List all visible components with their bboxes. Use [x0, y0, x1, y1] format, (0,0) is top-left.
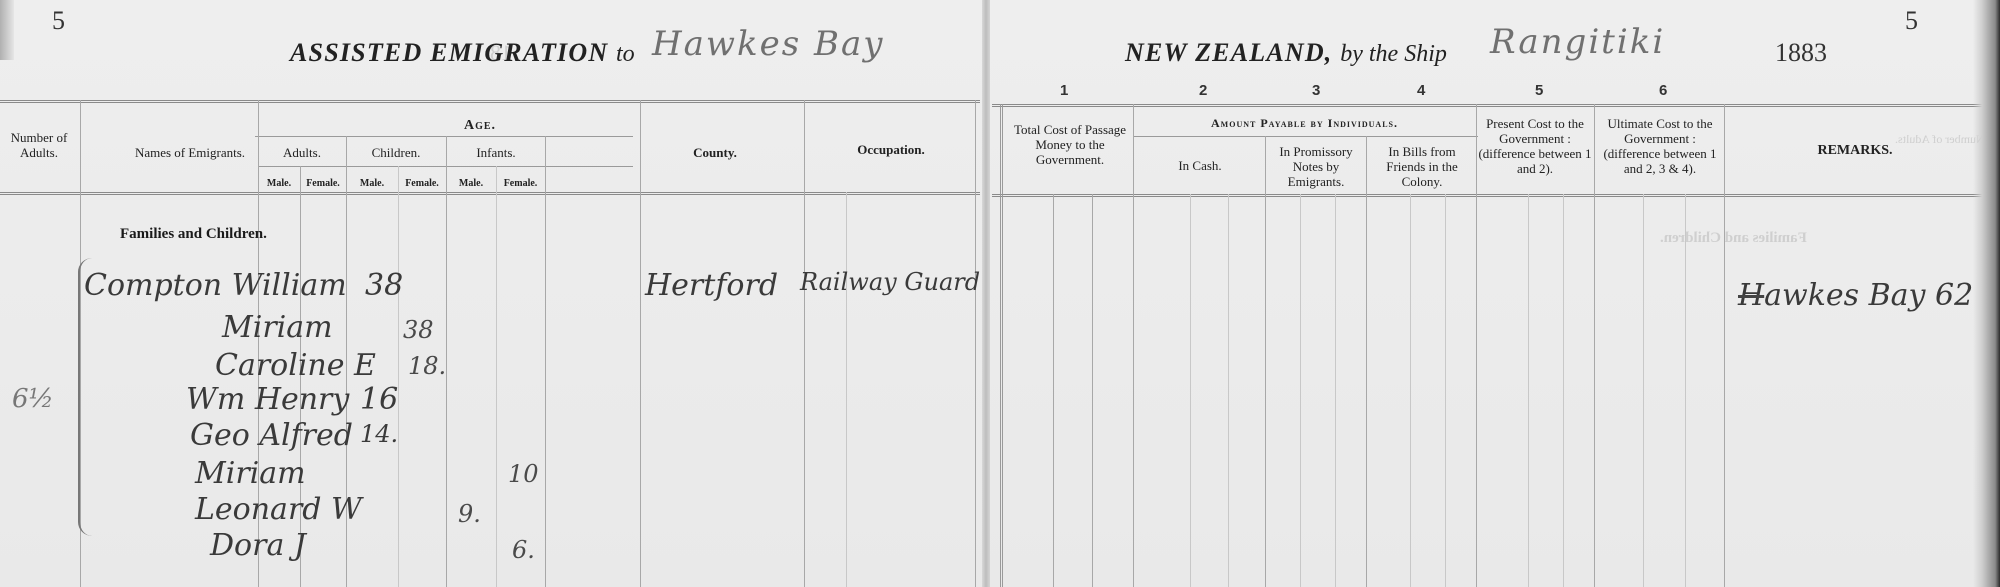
column-rule: [496, 166, 497, 587]
left-page-title: ASSISTED EMIGRATION to: [290, 38, 635, 68]
column-rule: [398, 166, 399, 587]
header-adults-male: Male.: [258, 176, 300, 191]
column-rule: [1594, 104, 1595, 587]
column-rule: [1335, 194, 1336, 587]
amount-payable-rule: [1133, 136, 1478, 137]
column-rule: [1445, 194, 1446, 587]
county-value: Hertford: [645, 268, 778, 303]
emigrant-age: 38: [365, 268, 403, 303]
emigrant-age: 9.: [458, 500, 481, 528]
table-top-rule: [992, 104, 1992, 107]
header-amount-payable: Amount Payable by Individuals.: [1133, 116, 1476, 131]
header-bills-from-friends: In Bills from Friends in the Colony.: [1370, 144, 1474, 189]
destination-handwritten: Hawkes Bay: [652, 24, 884, 64]
header-age: Age.: [440, 118, 520, 133]
title-new-zealand: NEW ZEALAND,: [1125, 38, 1333, 67]
column-rule: [1410, 194, 1411, 587]
emigrant-age: 6.: [512, 536, 535, 564]
emigrant-name: Miriam: [222, 310, 333, 345]
emigrant-age: 16: [360, 382, 398, 417]
emigrant-name: Miriam: [195, 456, 306, 491]
remarks-text: awkes Bay: [1764, 278, 1925, 313]
column-rule: [1190, 194, 1191, 587]
emigrant-name: Wm Henry: [186, 382, 349, 417]
header-remarks: REMARKS.: [1800, 143, 1910, 158]
header-total-cost: Total Cost of Passage Money to the Gover…: [1012, 122, 1128, 167]
column-rule: [545, 136, 546, 587]
header-ultimate-cost: Ultimate Cost to the Government : (diffe…: [1600, 116, 1720, 176]
right-page-title: NEW ZEALAND, by the Ship: [1125, 38, 1447, 68]
occupation-value: Railway Guard: [800, 268, 980, 296]
page-edge-right: [1940, 0, 2000, 587]
section-families-and-children: Families and Children.: [120, 226, 267, 243]
column-rule: [1643, 194, 1644, 587]
header-adults-female: Female.: [300, 176, 346, 191]
header-children-female: Female.: [398, 176, 446, 191]
ship-name-handwritten: Rangitiki: [1490, 22, 1665, 62]
column-rule: [1053, 194, 1054, 587]
book-gutter: [982, 0, 990, 587]
column-number-6: 6: [1659, 82, 1667, 99]
column-number-1: 1: [1060, 82, 1068, 99]
column-rule: [1563, 194, 1564, 587]
header-children: Children.: [346, 145, 446, 160]
column-rule: [1265, 136, 1266, 587]
table-top-rule: [0, 100, 980, 103]
column-rule: [640, 100, 641, 587]
header-infants-female: Female.: [496, 176, 545, 191]
column-rule: [1685, 194, 1686, 587]
header-adults: Adults.: [258, 145, 346, 160]
age-group-rule: [255, 136, 633, 137]
column-number-5: 5: [1535, 82, 1543, 99]
emigrant-name: Caroline E: [215, 348, 376, 383]
column-number-2: 2: [1199, 82, 1207, 99]
column-rule: [1092, 194, 1093, 587]
left-page-number: 5: [52, 6, 65, 36]
header-names-of-emigrants: Names of Emigrants.: [130, 145, 250, 160]
column-rule: [975, 100, 976, 587]
header-number-of-adults: Number of Adults.: [4, 130, 74, 160]
column-rule: [1300, 194, 1301, 587]
column-number-3: 3: [1312, 82, 1320, 99]
header-in-cash: In Cash.: [1150, 158, 1250, 173]
column-rule: [1366, 136, 1367, 587]
emigrant-age: 10: [508, 460, 539, 488]
header-occupation: Occupation.: [846, 142, 936, 157]
emigrant-age: 38: [403, 316, 434, 344]
emigrant-age: 14.: [360, 420, 398, 448]
remarks-entry: Hawkes Bay 62: [1738, 278, 1973, 313]
year: 1883: [1775, 38, 1827, 68]
column-rule: [846, 192, 847, 587]
header-present-cost: Present Cost to the Government : (differ…: [1478, 116, 1592, 176]
column-rule: [1476, 104, 1477, 587]
column-rule: [1133, 104, 1134, 587]
column-rule: [1528, 194, 1529, 587]
column-rule: [1724, 104, 1725, 587]
column-rule: [1228, 194, 1229, 587]
right-page-number: 5: [1905, 6, 1918, 36]
header-children-male: Male.: [346, 176, 398, 191]
header-county: County.: [680, 145, 750, 160]
emigrant-name: Dora J: [210, 528, 306, 563]
remarks-struck-letter: H: [1738, 278, 1764, 313]
header-bottom-rule: [0, 192, 980, 195]
header-infants: Infants.: [446, 145, 546, 160]
column-rule: [804, 100, 805, 587]
emigrant-name: Compton William: [84, 268, 347, 303]
page-edge-left: [0, 0, 14, 60]
title-assisted-emigration: ASSISTED EMIGRATION: [290, 38, 608, 67]
column-rule: [1000, 104, 1003, 587]
title-by-the-ship: by the Ship: [1340, 41, 1447, 67]
header-infants-male: Male.: [446, 176, 496, 191]
header-promissory-notes: In Promissory Notes by Emigrants.: [1268, 144, 1364, 189]
emigrant-age: 18.: [408, 352, 446, 380]
bleed-through-text: Families and Children.: [1660, 230, 1807, 247]
header-bottom-rule: [992, 194, 1992, 197]
emigrant-name: Geo Alfred: [190, 418, 353, 453]
emigrant-name: Leonard W: [195, 492, 362, 527]
column-number-4: 4: [1417, 82, 1425, 99]
title-to: to: [616, 41, 635, 67]
number-of-adults-value: 6½: [12, 384, 54, 414]
